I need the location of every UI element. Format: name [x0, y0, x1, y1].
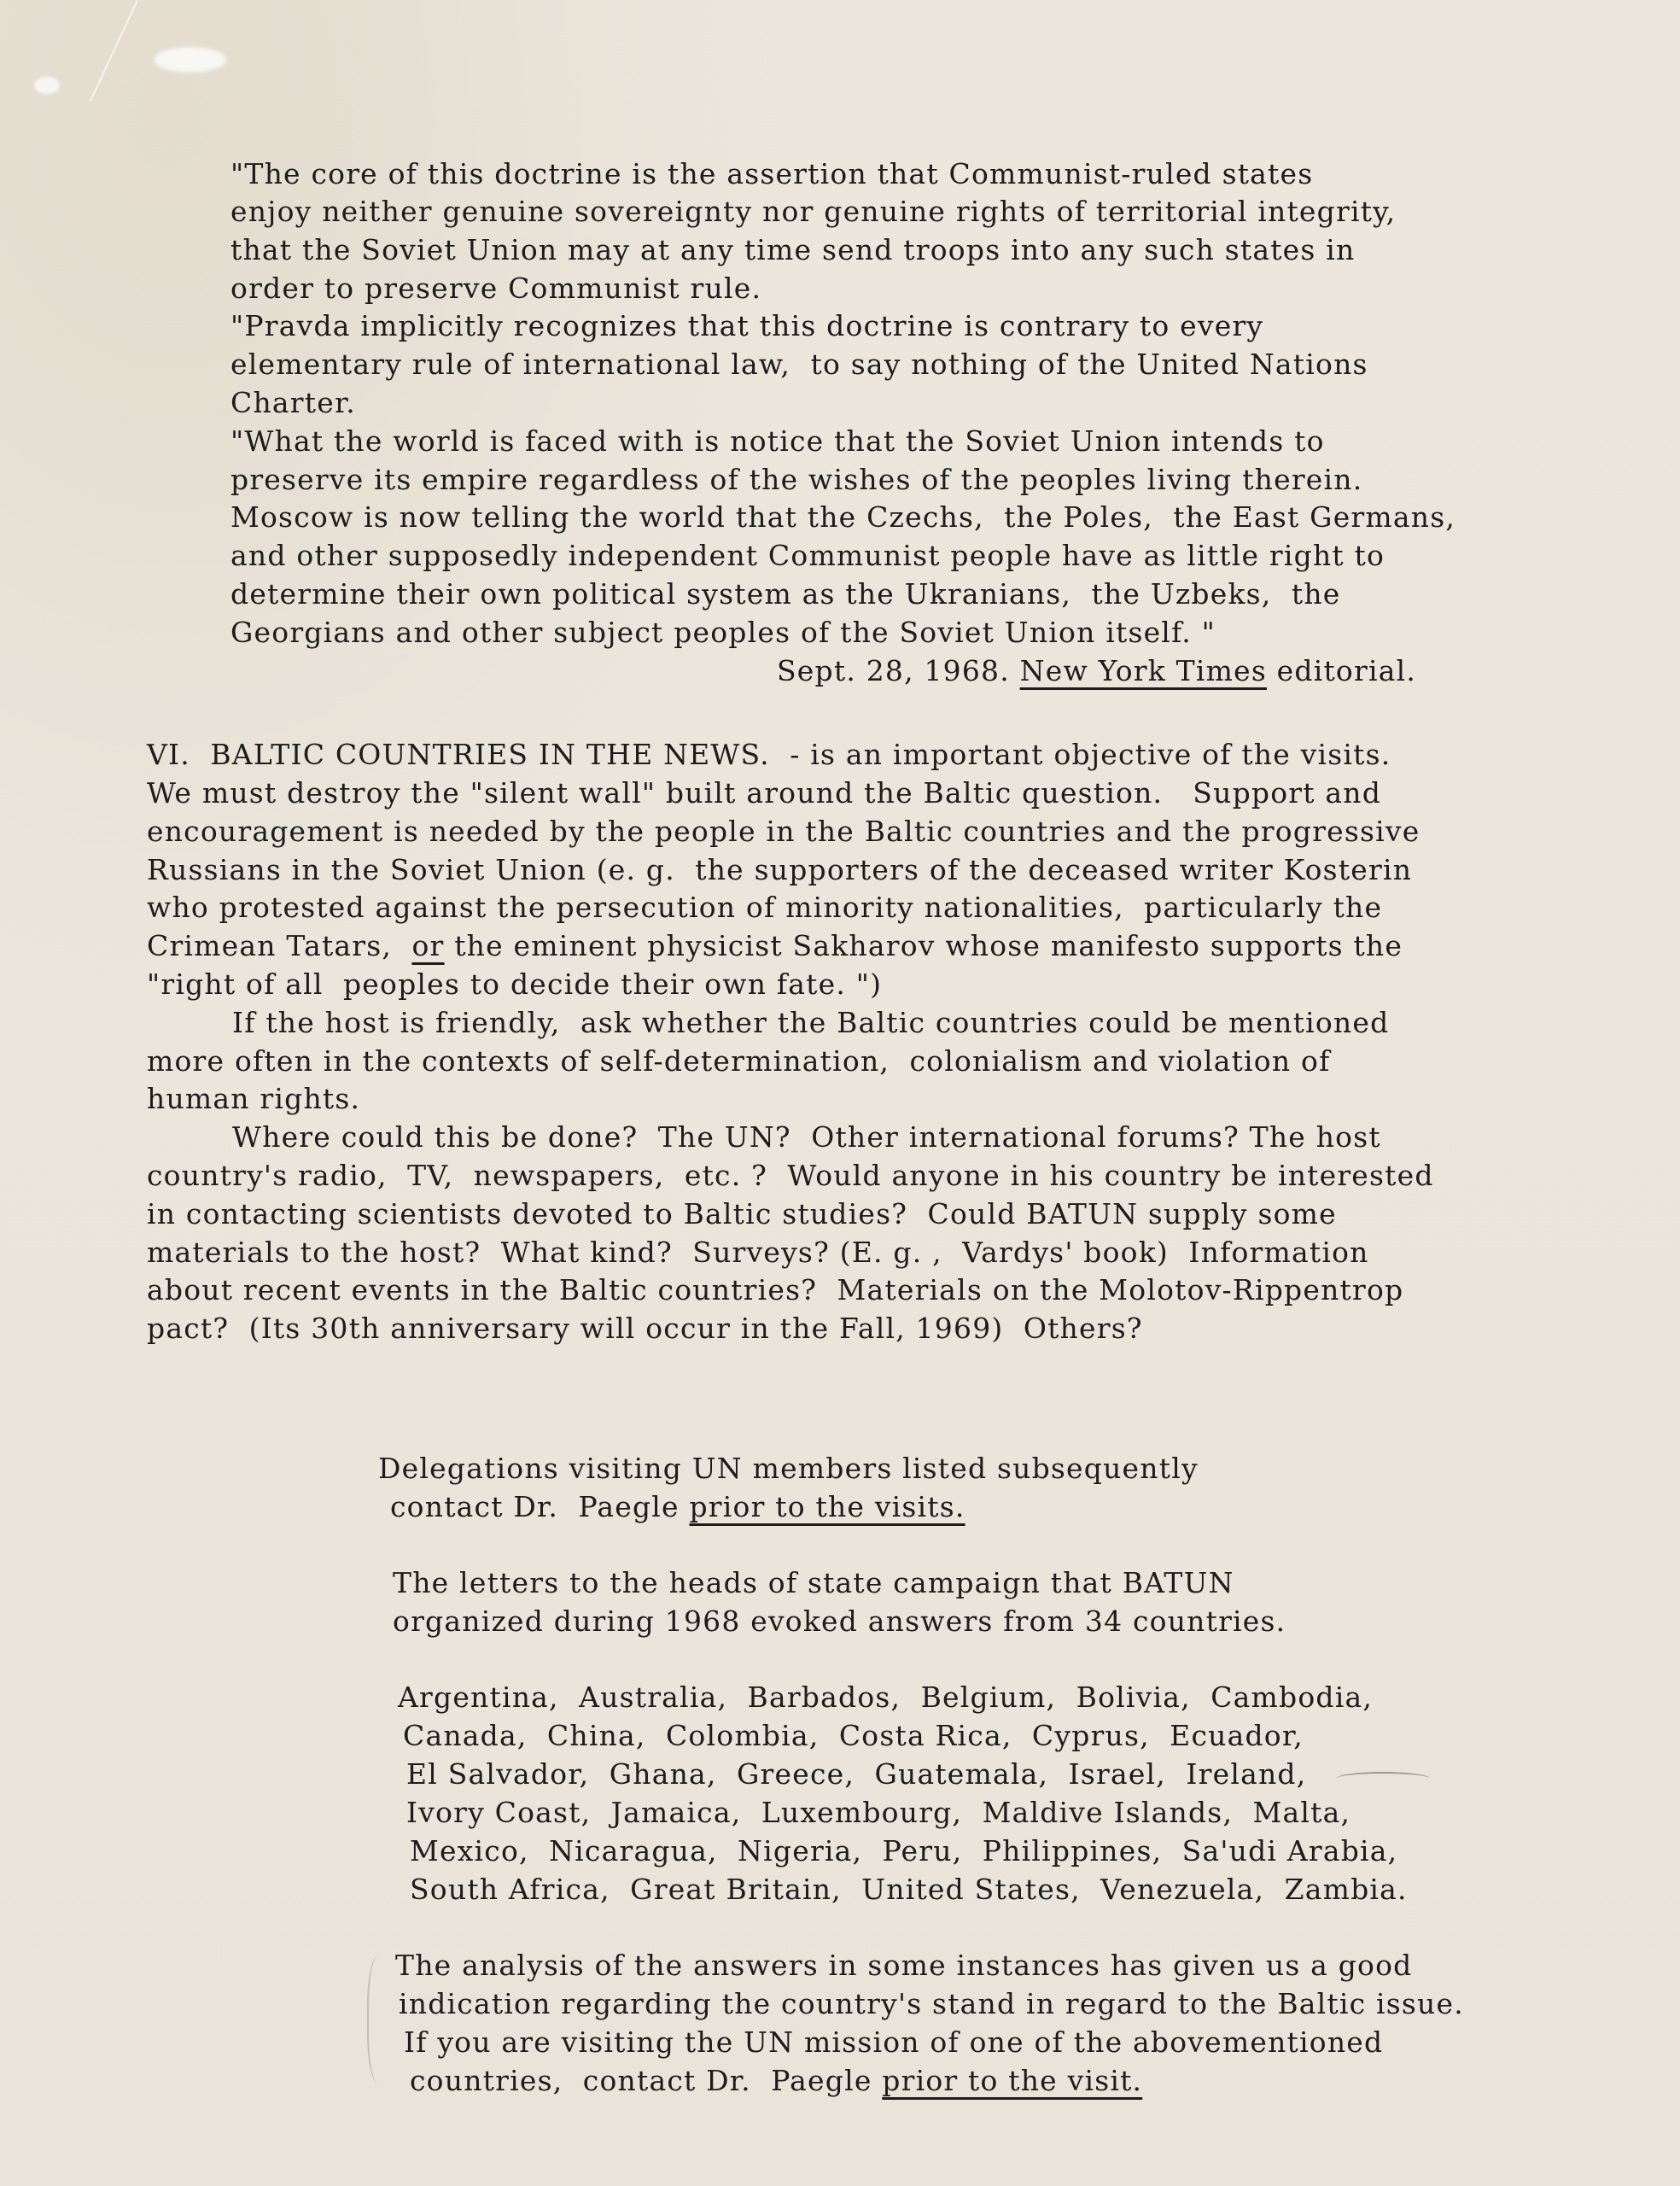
- section-line: encouragement is needed by the people in…: [147, 815, 1420, 849]
- quote-line: enjoy neither genuine sovereignty nor ge…: [230, 195, 1396, 229]
- emphasis-or: or: [411, 929, 444, 962]
- paragraph-line: pact? (Its 30th anniversary will occur i…: [147, 1312, 1143, 1346]
- countries-line: Ivory Coast, Jamaica, Luxembourg, Maldiv…: [406, 1796, 1350, 1830]
- note-line: Delegations visiting UN members listed s…: [378, 1452, 1199, 1486]
- emphasis-prior: prior to the visit.: [882, 2064, 1142, 2097]
- citation-source: New York Times: [1020, 654, 1267, 687]
- section-line: who protested against the persecution of…: [147, 891, 1382, 925]
- section-line: We must destroy the "silent wall" built …: [147, 776, 1381, 810]
- paragraph-line: about recent events in the Baltic countr…: [147, 1273, 1403, 1307]
- note-line: The letters to the heads of state campai…: [393, 1566, 1234, 1600]
- section-line: Crimean Tatars, or the eminent physicist…: [147, 929, 1403, 963]
- note-line: organized during 1968 evoked answers fro…: [393, 1604, 1286, 1639]
- note-line: If you are visiting the UN mission of on…: [404, 2025, 1383, 2060]
- section-line: "right of all peoples to decide their ow…: [147, 967, 882, 1002]
- countries-line: El Salvador, Ghana, Greece, Guatemala, I…: [406, 1757, 1306, 1791]
- quote-line: elementary rule of international law, to…: [230, 348, 1368, 382]
- countries-line: Argentina, Australia, Barbados, Belgium,…: [398, 1680, 1373, 1715]
- section-vi-first-line: VI. BALTIC COUNTRIES IN THE NEWS. - is a…: [147, 738, 1391, 772]
- note-line: countries, contact Dr. Paegle prior to t…: [410, 2064, 1142, 2098]
- quote-line: order to preserve Communist rule.: [230, 272, 761, 306]
- quote-line: and other supposedly independent Communi…: [230, 539, 1385, 573]
- quote-line: determine their own political system as …: [230, 577, 1341, 611]
- pencil-annotation: [367, 1955, 394, 2084]
- note-line: The analysis of the answers in some inst…: [395, 1949, 1413, 1983]
- pencil-annotation: [1336, 1772, 1430, 1786]
- countries-line: Canada, China, Colombia, Costa Rica, Cyp…: [403, 1719, 1304, 1753]
- paper-damage: [34, 77, 60, 94]
- paragraph-line: If the host is friendly, ask whether the…: [232, 1006, 1389, 1040]
- quote-line: "Pravda implicitly recognizes that this …: [230, 309, 1263, 343]
- paragraph-line: Where could this be done? The UN? Other …: [232, 1120, 1381, 1154]
- paragraph-line: more often in the contexts of self-deter…: [147, 1044, 1331, 1078]
- paragraph-line: materials to the host? What kind? Survey…: [147, 1236, 1369, 1270]
- countries-line: Mexico, Nicaragua, Nigeria, Peru, Philip…: [410, 1834, 1397, 1868]
- quote-line: preserve its empire regardless of the wi…: [230, 463, 1362, 497]
- quote-citation: Sept. 28, 1968. New York Times editorial…: [777, 654, 1416, 688]
- quote-line: "The core of this doctrine is the assert…: [230, 157, 1313, 191]
- quote-line: that the Soviet Union may at any time se…: [230, 233, 1355, 267]
- note-line: contact Dr. Paegle prior to the visits.: [390, 1490, 965, 1524]
- paragraph-line: country's radio, TV, newspapers, etc. ? …: [147, 1159, 1434, 1193]
- paper-damage: [154, 47, 226, 73]
- quote-line: Moscow is now telling the world that the…: [230, 500, 1455, 535]
- section-line: Russians in the Soviet Union (e. g. the …: [147, 853, 1412, 887]
- paragraph-line: human rights.: [147, 1082, 360, 1116]
- quote-line: Charter.: [230, 386, 356, 420]
- countries-line: South Africa, Great Britain, United Stat…: [410, 1873, 1408, 1907]
- citation-date: Sept. 28, 1968.: [777, 654, 1020, 687]
- document-page: "The core of this doctrine is the assert…: [0, 0, 1680, 2186]
- emphasis-prior: prior to the visits.: [689, 1490, 965, 1523]
- quote-line: "What the world is faced with is notice …: [230, 424, 1325, 459]
- paper-crease: [90, 0, 138, 102]
- quote-line: Georgians and other subject peoples of t…: [230, 616, 1216, 650]
- note-line: indication regarding the country's stand…: [399, 1987, 1464, 2021]
- paragraph-line: in contacting scientists devoted to Balt…: [147, 1197, 1337, 1231]
- section-heading: VI. BALTIC COUNTRIES IN THE NEWS.: [147, 738, 770, 771]
- citation-suffix: editorial.: [1267, 654, 1416, 687]
